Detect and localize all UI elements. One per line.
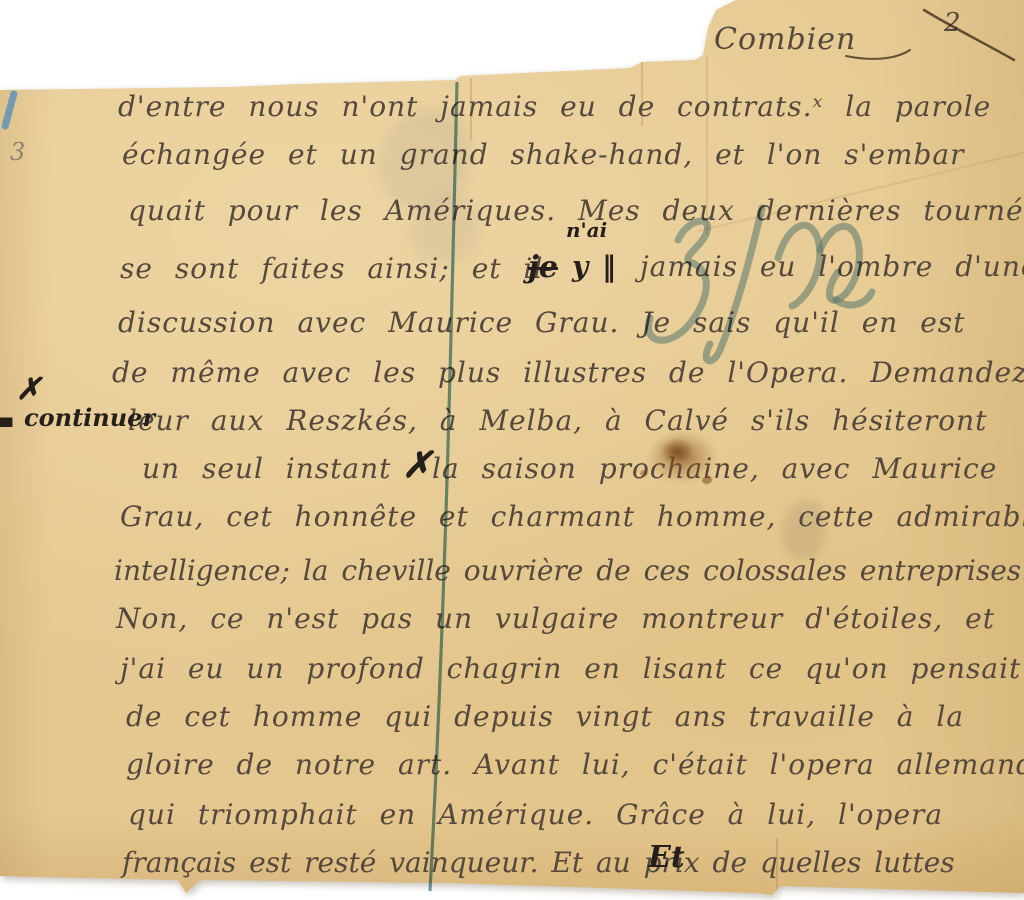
manuscript-line-11: Non, ce n'est pas un vulgaire montreur d… xyxy=(116,602,995,636)
correction-marks: y ‖ xyxy=(572,250,616,284)
manuscript-line-8a: un seul instant xyxy=(142,452,391,486)
page-number: 2 xyxy=(944,8,962,39)
manuscript-line-15: qui triomphait en Amérique. Grâce à lui,… xyxy=(128,798,943,832)
manuscript-line-7: leur aux Reszkés, à Melba, à Calvé s'ils… xyxy=(128,404,987,438)
heading-word: Combien xyxy=(714,22,856,58)
manuscript-line-12: j'ai eu un profond chagrin en lisant ce … xyxy=(120,652,1021,686)
manuscript-line-13: de cet homme qui depuis vingt ans travai… xyxy=(126,700,964,734)
manuscript-line-4b: jamais eu l'ombre d'une xyxy=(640,250,1024,284)
margin-ink-blob: ▄ xyxy=(0,408,12,427)
manuscript-line-10: intelligence; la cheville ouvrière de ce… xyxy=(114,554,1024,588)
margin-grey-number: 3 xyxy=(10,138,26,167)
scanned-manuscript-page: 2Combiend'entre nous n'ont jamais eu de … xyxy=(0,0,1024,900)
manuscript-line-5: discussion avec Maurice Grau. Je sais qu… xyxy=(118,306,965,340)
manuscript-line-8b: la saison prochaine, avec Maurice xyxy=(432,452,997,486)
manuscript-line-9: Grau, cet honnête et charmant homme, cet… xyxy=(120,500,1024,534)
manuscript-line-4a: se sont faites ainsi; et il xyxy=(120,252,543,286)
manuscript-line-1: d'entre nous n'ont jamais eu de contrats… xyxy=(118,90,991,124)
overwritten-word: Et xyxy=(648,840,685,876)
manuscript-line-14: gloire de notre art. Avant lui, c'était … xyxy=(126,748,1024,782)
margin-note: continuer xyxy=(24,404,155,433)
inserted-correction: n'ai xyxy=(566,218,607,242)
manuscript-line-6: de même avec les plus illustres de l'Ope… xyxy=(112,356,1024,390)
insertion-cross: ✗ xyxy=(402,444,432,487)
struck-word: je xyxy=(528,250,558,286)
manuscript-line-16: français est resté vainqueur. Et au prix… xyxy=(122,846,955,880)
manuscript-line-2: échangée et un grand shake-hand, et l'on… xyxy=(122,138,964,172)
